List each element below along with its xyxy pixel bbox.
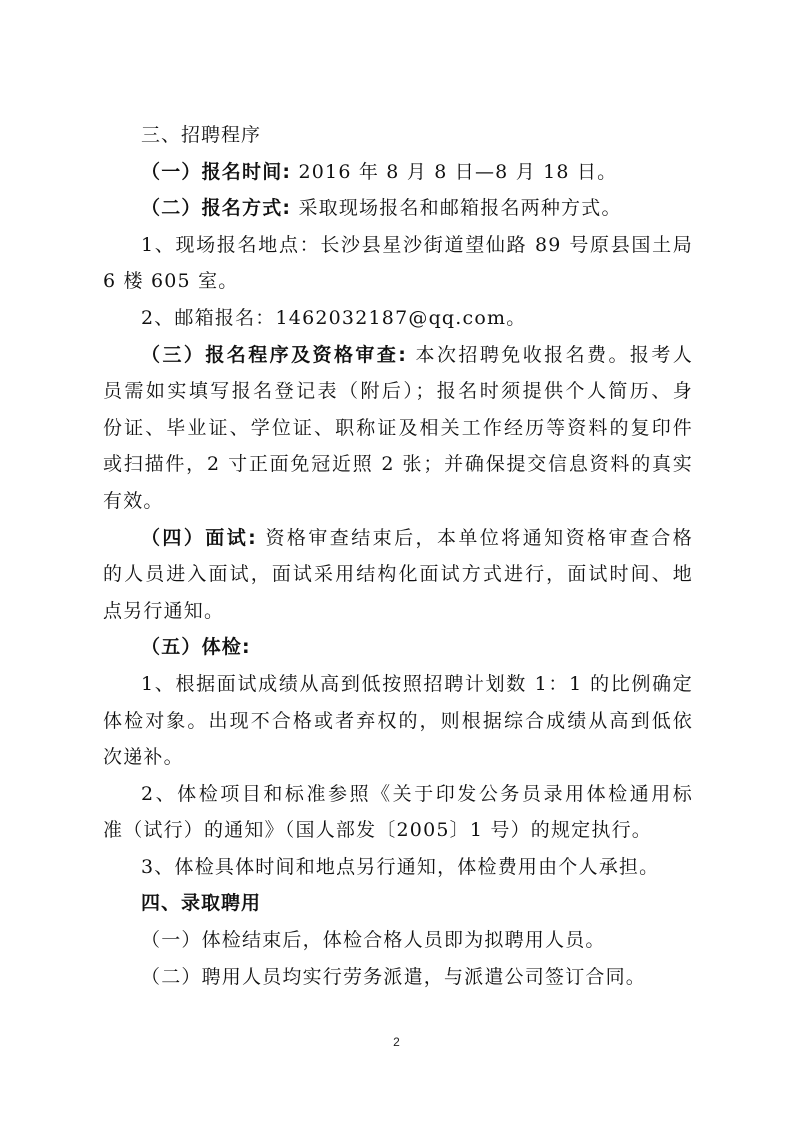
paragraph-registration-time: （一）报名时间: 2016 年 8 月 8 日—8 月 18 日。 xyxy=(103,154,693,191)
item-text: 2016 年 8 月 8 日—8 月 18 日。 xyxy=(298,161,617,183)
paragraph-qualification-review-line3: 份证、毕业证、学位证、职称证及相关工作经历等资料的复印件 xyxy=(103,410,693,447)
paragraph-qualification-review-line1: （三）报名程序及资格审查: 本次招聘免收报名费。报考人 xyxy=(103,337,693,374)
item-text: 的人员进入面试，面试采用结构化面试方式进行，面试时间、地 xyxy=(103,563,693,585)
item-text: （一）体检结束后，体检合格人员即为拟聘用人员。 xyxy=(141,929,606,951)
item-text: 有效。 xyxy=(103,490,164,512)
item-label: （四）面试: xyxy=(141,527,257,549)
paragraph-qualification-review-line2: 员需如实填写报名登记表（附后）；报名时须提供个人简历、身 xyxy=(103,373,693,410)
item-text: 资格审查结束后，本单位将通知资格审查合格 xyxy=(265,527,693,549)
item-text: 体检对象。出现不合格或者弃权的，则根据综合成绩从高到低依 xyxy=(103,710,693,732)
item-text: 1、根据面试成绩从高到低按照招聘计划数 1：1 的比例确定 xyxy=(141,673,693,695)
heading-text: 三、招聘程序 xyxy=(141,124,261,146)
item-text: 6 楼 605 室。 xyxy=(103,270,238,292)
item-label: （三）报名程序及资格审查: xyxy=(141,344,407,366)
item-label: （五）体检: xyxy=(141,636,251,658)
item-label: （一）报名时间: xyxy=(141,161,291,183)
paragraph-medical-exam-3: 3、体检具体时间和地点另行通知，体检费用由个人承担。 xyxy=(103,849,693,886)
section-heading-recruitment-procedure: 三、招聘程序 xyxy=(103,117,693,154)
item-text: 或扫描件，2 寸正面免冠近照 2 张；并确保提交信息资料的真实 xyxy=(103,453,693,475)
page-number: 2 xyxy=(0,1035,793,1049)
paragraph-interview-line3: 点另行通知。 xyxy=(103,593,693,630)
section-heading-admission-employment: 四、录取聘用 xyxy=(103,885,693,922)
item-text: 1、现场报名地点：长沙县星沙街道望仙路 89 号原县国土局 xyxy=(141,234,693,256)
document-page: 三、招聘程序 （一）报名时间: 2016 年 8 月 8 日—8 月 18 日。… xyxy=(103,117,693,995)
item-text: 采取现场报名和邮箱报名两种方式。 xyxy=(298,197,621,219)
paragraph-medical-exam-1-line3: 次递补。 xyxy=(103,739,693,776)
paragraph-admission-1: （一）体检结束后，体检合格人员即为拟聘用人员。 xyxy=(103,922,693,959)
paragraph-medical-exam-2-line1: 2、体检项目和标准参照《关于印发公务员录用体检通用标 xyxy=(103,776,693,813)
item-label: （二）报名方式: xyxy=(141,197,291,219)
paragraph-qualification-review-line5: 有效。 xyxy=(103,483,693,520)
email-text: 2、邮箱报名：1462032187@qq.com。 xyxy=(141,307,526,329)
paragraph-medical-exam-1-line1: 1、根据面试成绩从高到低按照招聘计划数 1：1 的比例确定 xyxy=(103,666,693,703)
paragraph-admission-2: （二）聘用人员均实行劳务派遣，与派遣公司签订合同。 xyxy=(103,959,693,996)
item-text: 本次招聘免收报名费。报考人 xyxy=(416,344,693,366)
paragraph-medical-exam-2-line2: 准（试行）的通知》（国人部发〔2005〕1 号）的规定执行。 xyxy=(103,812,693,849)
paragraph-onsite-location-line1: 1、现场报名地点：长沙县星沙街道望仙路 89 号原县国土局 xyxy=(103,227,693,264)
heading-text: 四、录取聘用 xyxy=(141,892,261,914)
paragraph-email-registration: 2、邮箱报名：1462032187@qq.com。 xyxy=(103,300,693,337)
item-text: （二）聘用人员均实行劳务派遣，与派遣公司签订合同。 xyxy=(141,966,646,988)
item-text: 点另行通知。 xyxy=(103,600,224,622)
paragraph-medical-exam-1-line2: 体检对象。出现不合格或者弃权的，则根据综合成绩从高到低依 xyxy=(103,703,693,740)
paragraph-registration-method: （二）报名方式: 采取现场报名和邮箱报名两种方式。 xyxy=(103,190,693,227)
item-text: 员需如实填写报名登记表（附后）；报名时须提供个人简历、身 xyxy=(103,380,693,402)
paragraph-interview-line2: 的人员进入面试，面试采用结构化面试方式进行，面试时间、地 xyxy=(103,556,693,593)
item-text: 次递补。 xyxy=(103,746,184,768)
item-text: 份证、毕业证、学位证、职称证及相关工作经历等资料的复印件 xyxy=(103,417,693,439)
item-text: 2、体检项目和标准参照《关于印发公务员录用体检通用标 xyxy=(141,783,693,805)
paragraph-onsite-location-line2: 6 楼 605 室。 xyxy=(103,263,693,300)
item-text: 3、体检具体时间和地点另行通知，体检费用由个人承担。 xyxy=(141,856,659,878)
paragraph-medical-exam-heading: （五）体检: xyxy=(103,629,693,666)
item-text: 准（试行）的通知》（国人部发〔2005〕1 号）的规定执行。 xyxy=(103,819,652,841)
paragraph-qualification-review-line4: 或扫描件，2 寸正面免冠近照 2 张；并确保提交信息资料的真实 xyxy=(103,446,693,483)
paragraph-interview-line1: （四）面试: 资格审查结束后，本单位将通知资格审查合格 xyxy=(103,520,693,557)
